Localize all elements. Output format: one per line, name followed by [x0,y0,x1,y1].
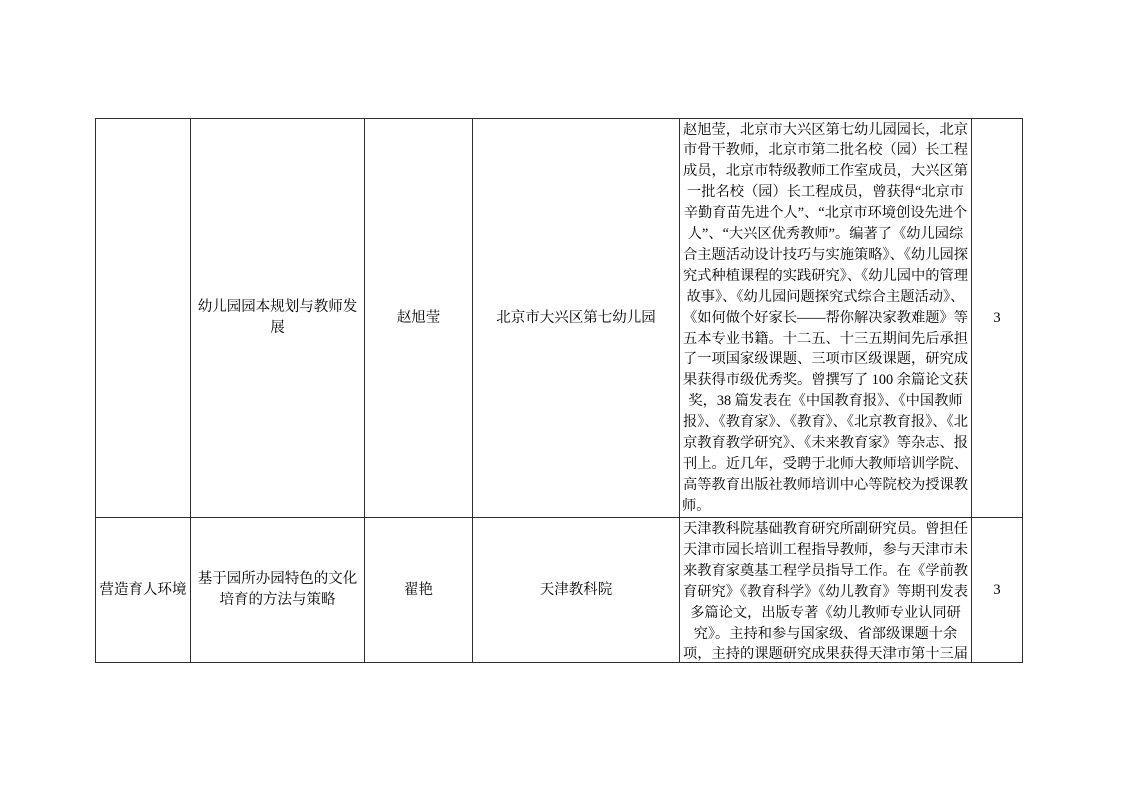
table-row: 营造育人环境 基于园所办园特色的文化培育的方法与策略 翟艳 天津教科院 天津教科… [96,518,1023,663]
topics-table: 幼儿园园本规划与教师发展 赵旭莹 北京市大兴区第七幼儿园 赵旭莹，北京市大兴区第… [95,118,1023,663]
category-cell [96,119,191,518]
bio-text: 天津教科院基础教育研究所副研究员。曾担任天津市园长培训工程指导教师，参与天津市未… [682,519,969,661]
organization-cell: 北京市大兴区第七幼儿园 [473,119,680,518]
bio-text: 赵旭莹，北京市大兴区第七幼儿园园长，北京市骨干教师，北京市第二批名校（园）长工程… [682,120,969,517]
bio-cell: 赵旭莹，北京市大兴区第七幼儿园园长，北京市骨干教师，北京市第二批名校（园）长工程… [680,119,972,518]
topic-cell: 幼儿园园本规划与教师发展 [191,119,365,518]
table-row: 幼儿园园本规划与教师发展 赵旭莹 北京市大兴区第七幼儿园 赵旭莹，北京市大兴区第… [96,119,1023,518]
organization-cell: 天津教科院 [473,518,680,663]
count-cell: 3 [972,119,1023,518]
presenter-cell: 翟艳 [365,518,473,663]
bio-cell: 天津教科院基础教育研究所副研究员。曾担任天津市园长培训工程指导教师，参与天津市未… [680,518,972,663]
document-page: 幼儿园园本规划与教师发展 赵旭莹 北京市大兴区第七幼儿园 赵旭莹，北京市大兴区第… [0,0,1122,793]
count-cell: 3 [972,518,1023,663]
category-cell: 营造育人环境 [96,518,191,663]
presenter-cell: 赵旭莹 [365,119,473,518]
topic-cell: 基于园所办园特色的文化培育的方法与策略 [191,518,365,663]
